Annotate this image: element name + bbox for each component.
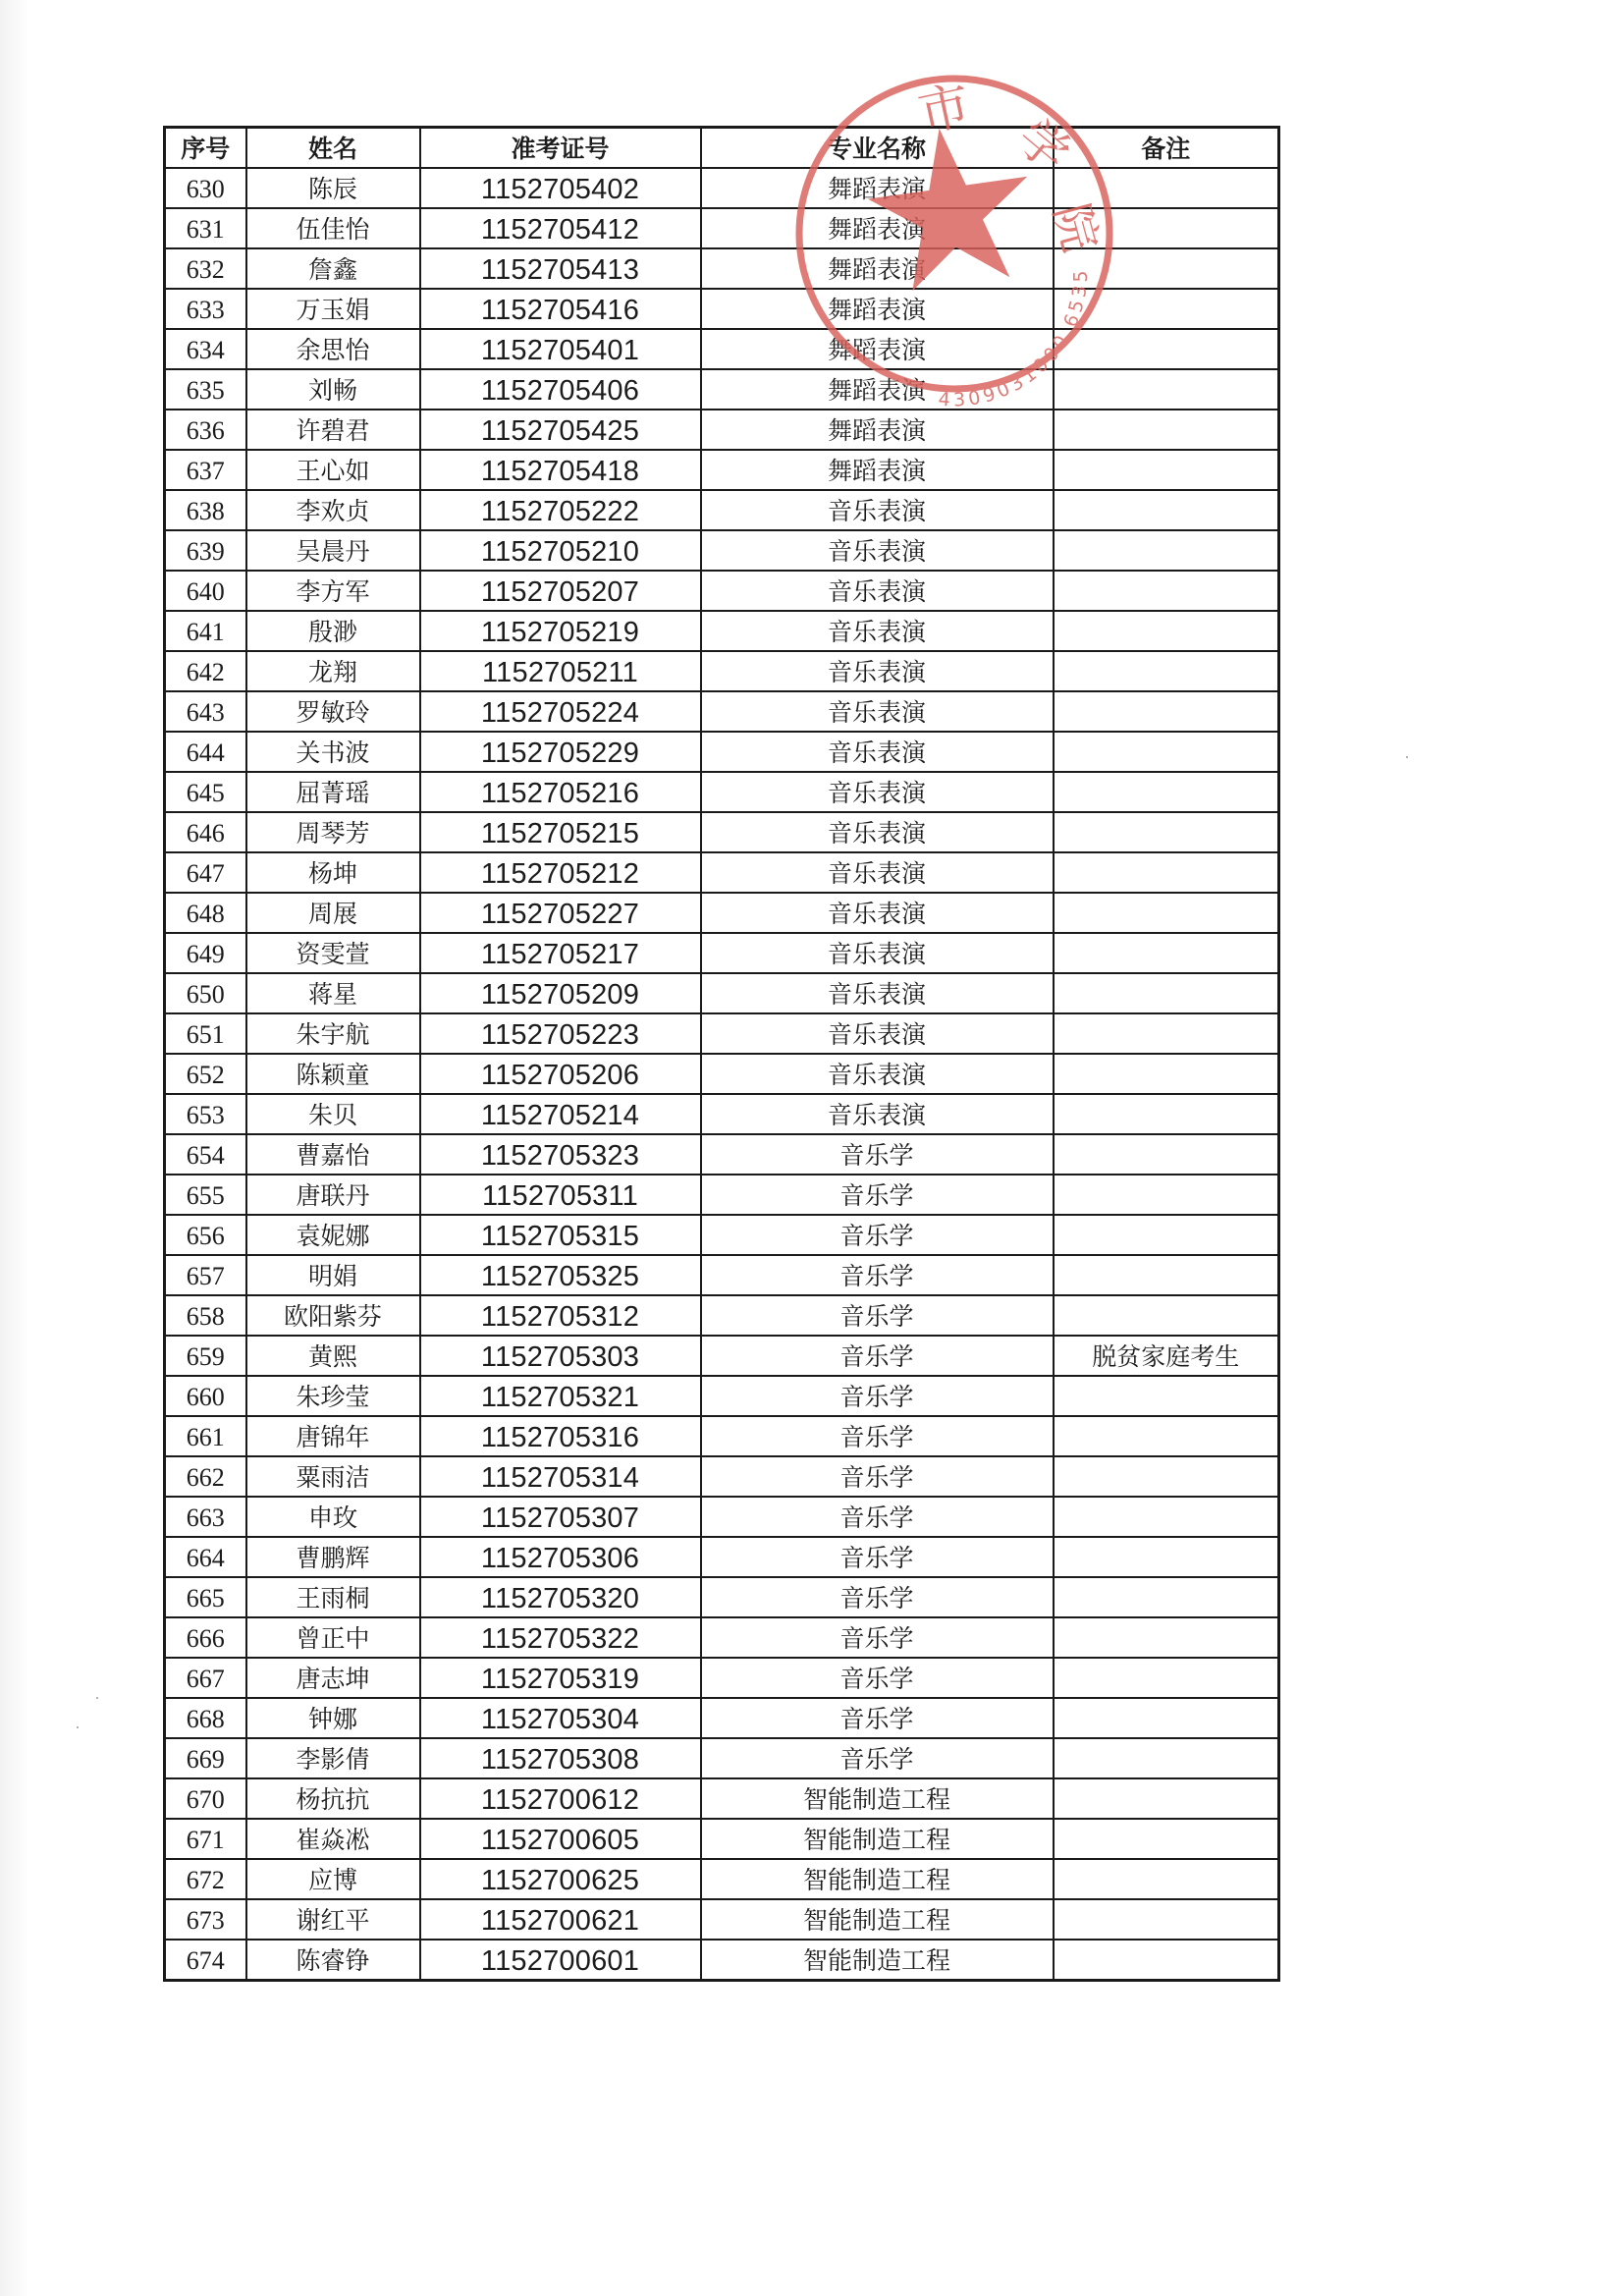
- row-seq: 651: [165, 1013, 246, 1054]
- row-seq: 638: [165, 490, 246, 530]
- row-note: [1054, 1175, 1279, 1215]
- row-name: 应博: [246, 1859, 420, 1899]
- row-major: 舞蹈表演: [701, 208, 1054, 248]
- table-row: 639吴晨丹1152705210音乐表演: [165, 530, 1279, 571]
- admission-roster-table: 序号 姓名 准考证号 专业名称 备注 630陈辰1152705402舞蹈表演63…: [163, 126, 1280, 1982]
- row-name: 陈辰: [246, 168, 420, 208]
- row-seq: 673: [165, 1899, 246, 1940]
- row-major: 音乐学: [701, 1738, 1054, 1778]
- row-major: 音乐学: [701, 1376, 1054, 1416]
- header-seq: 序号: [165, 128, 246, 169]
- row-note: [1054, 973, 1279, 1013]
- row-seq: 674: [165, 1940, 246, 1981]
- row-exam-no: 1152705308: [420, 1738, 701, 1778]
- row-exam-no: 1152705418: [420, 450, 701, 490]
- row-exam-no: 1152700621: [420, 1899, 701, 1940]
- row-seq: 665: [165, 1577, 246, 1617]
- row-name: 朱宇航: [246, 1013, 420, 1054]
- table-row: 665王雨桐1152705320音乐学: [165, 1577, 1279, 1617]
- row-seq: 642: [165, 651, 246, 691]
- table-row: 641殷渺1152705219音乐表演: [165, 611, 1279, 651]
- row-major: 舞蹈表演: [701, 369, 1054, 410]
- row-seq: 658: [165, 1295, 246, 1336]
- row-seq: 635: [165, 369, 246, 410]
- row-exam-no: 1152705210: [420, 530, 701, 571]
- row-name: 王雨桐: [246, 1577, 420, 1617]
- row-major: 舞蹈表演: [701, 450, 1054, 490]
- row-seq: 668: [165, 1698, 246, 1738]
- row-major: 智能制造工程: [701, 1778, 1054, 1819]
- row-name: 袁妮娜: [246, 1215, 420, 1255]
- row-note: [1054, 1940, 1279, 1981]
- table-body: 630陈辰1152705402舞蹈表演631伍佳怡1152705412舞蹈表演6…: [165, 168, 1279, 1981]
- row-name: 吴晨丹: [246, 530, 420, 571]
- row-note: [1054, 1617, 1279, 1658]
- row-exam-no: 1152705306: [420, 1537, 701, 1577]
- row-seq: 644: [165, 732, 246, 772]
- row-seq: 670: [165, 1778, 246, 1819]
- row-exam-no: 1152700601: [420, 1940, 701, 1981]
- row-exam-no: 1152705207: [420, 571, 701, 611]
- row-name: 唐志坤: [246, 1658, 420, 1698]
- table-row: 659黄熙1152705303音乐学脱贫家庭考生: [165, 1336, 1279, 1376]
- row-major: 音乐学: [701, 1416, 1054, 1456]
- row-major: 智能制造工程: [701, 1859, 1054, 1899]
- table-row: 646周琴芳1152705215音乐表演: [165, 812, 1279, 852]
- table-row: 669李影倩1152705308音乐学: [165, 1738, 1279, 1778]
- row-note: [1054, 611, 1279, 651]
- row-major: 音乐表演: [701, 571, 1054, 611]
- row-note: [1054, 208, 1279, 248]
- row-seq: 648: [165, 893, 246, 933]
- row-seq: 645: [165, 772, 246, 812]
- row-exam-no: 1152705212: [420, 852, 701, 893]
- table-row: 654曹嘉怡1152705323音乐学: [165, 1134, 1279, 1175]
- header-name: 姓名: [246, 128, 420, 169]
- row-exam-no: 1152705216: [420, 772, 701, 812]
- row-seq: 639: [165, 530, 246, 571]
- row-exam-no: 1152705303: [420, 1336, 701, 1376]
- table-row: 667唐志坤1152705319音乐学: [165, 1658, 1279, 1698]
- row-major: 音乐学: [701, 1617, 1054, 1658]
- row-name: 明娟: [246, 1255, 420, 1295]
- row-name: 唐锦年: [246, 1416, 420, 1456]
- table-row: 656袁妮娜1152705315音乐学: [165, 1215, 1279, 1255]
- table-row: 632詹鑫1152705413舞蹈表演: [165, 248, 1279, 289]
- row-exam-no: 1152705322: [420, 1617, 701, 1658]
- table-header-row: 序号 姓名 准考证号 专业名称 备注: [165, 128, 1279, 169]
- row-note: [1054, 1899, 1279, 1940]
- table-row: 638李欢贞1152705222音乐表演: [165, 490, 1279, 530]
- row-seq: 649: [165, 933, 246, 973]
- row-seq: 659: [165, 1336, 246, 1376]
- row-major: 音乐学: [701, 1698, 1054, 1738]
- table-row: 630陈辰1152705402舞蹈表演: [165, 168, 1279, 208]
- table-row: 673谢红平1152700621智能制造工程: [165, 1899, 1279, 1940]
- row-exam-no: 1152700625: [420, 1859, 701, 1899]
- row-seq: 641: [165, 611, 246, 651]
- row-name: 陈颖童: [246, 1054, 420, 1094]
- scan-speck: [77, 1726, 79, 1728]
- row-name: 刘畅: [246, 369, 420, 410]
- row-exam-no: 1152705224: [420, 691, 701, 732]
- table-row: 662粟雨洁1152705314音乐学: [165, 1456, 1279, 1497]
- table-row: 645屈菁瑶1152705216音乐表演: [165, 772, 1279, 812]
- row-name: 粟雨洁: [246, 1456, 420, 1497]
- row-exam-no: 1152705323: [420, 1134, 701, 1175]
- row-name: 曹鹏辉: [246, 1537, 420, 1577]
- row-exam-no: 1152705416: [420, 289, 701, 329]
- row-major: 音乐表演: [701, 611, 1054, 651]
- row-note: [1054, 490, 1279, 530]
- row-name: 李欢贞: [246, 490, 420, 530]
- row-note: [1054, 651, 1279, 691]
- row-note: [1054, 450, 1279, 490]
- row-major: 音乐学: [701, 1456, 1054, 1497]
- row-note: [1054, 1134, 1279, 1175]
- table-row: 670杨抗抗1152700612智能制造工程: [165, 1778, 1279, 1819]
- table-row: 655唐联丹1152705311音乐学: [165, 1175, 1279, 1215]
- row-major: 舞蹈表演: [701, 289, 1054, 329]
- row-note: [1054, 1497, 1279, 1537]
- table-row: 635刘畅1152705406舞蹈表演: [165, 369, 1279, 410]
- row-exam-no: 1152705229: [420, 732, 701, 772]
- row-note: [1054, 852, 1279, 893]
- row-seq: 667: [165, 1658, 246, 1698]
- row-major: 音乐表演: [701, 530, 1054, 571]
- row-exam-no: 1152705412: [420, 208, 701, 248]
- row-exam-no: 1152705315: [420, 1215, 701, 1255]
- row-major: 舞蹈表演: [701, 168, 1054, 208]
- row-note: [1054, 1094, 1279, 1134]
- row-major: 音乐表演: [701, 490, 1054, 530]
- row-note: [1054, 1376, 1279, 1416]
- row-major: 音乐学: [701, 1336, 1054, 1376]
- row-name: 钟娜: [246, 1698, 420, 1738]
- row-major: 音乐表演: [701, 852, 1054, 893]
- row-seq: 657: [165, 1255, 246, 1295]
- table-row: 668钟娜1152705304音乐学: [165, 1698, 1279, 1738]
- table-row: 637王心如1152705418舞蹈表演: [165, 450, 1279, 490]
- row-name: 李影倩: [246, 1738, 420, 1778]
- row-name: 李方军: [246, 571, 420, 611]
- row-seq: 631: [165, 208, 246, 248]
- row-name: 杨抗抗: [246, 1778, 420, 1819]
- header-major: 专业名称: [701, 128, 1054, 169]
- row-seq: 666: [165, 1617, 246, 1658]
- row-exam-no: 1152705316: [420, 1416, 701, 1456]
- row-note: [1054, 1698, 1279, 1738]
- row-note: [1054, 732, 1279, 772]
- table-row: 644关书波1152705229音乐表演: [165, 732, 1279, 772]
- row-note: [1054, 1456, 1279, 1497]
- table-row: 657明娟1152705325音乐学: [165, 1255, 1279, 1295]
- row-note: [1054, 1738, 1279, 1778]
- row-seq: 636: [165, 410, 246, 450]
- row-exam-no: 1152705402: [420, 168, 701, 208]
- row-major: 音乐表演: [701, 973, 1054, 1013]
- row-name: 资雯萱: [246, 933, 420, 973]
- header-exam-no: 准考证号: [420, 128, 701, 169]
- row-exam-no: 1152705227: [420, 893, 701, 933]
- row-seq: 630: [165, 168, 246, 208]
- row-seq: 660: [165, 1376, 246, 1416]
- row-name: 余思怡: [246, 329, 420, 369]
- table-row: 633万玉娟1152705416舞蹈表演: [165, 289, 1279, 329]
- row-major: 舞蹈表演: [701, 329, 1054, 369]
- table-row: 649资雯萱1152705217音乐表演: [165, 933, 1279, 973]
- table-row: 634余思怡1152705401舞蹈表演: [165, 329, 1279, 369]
- table-row: 647杨坤1152705212音乐表演: [165, 852, 1279, 893]
- row-exam-no: 1152705217: [420, 933, 701, 973]
- table-row: 650蒋星1152705209音乐表演: [165, 973, 1279, 1013]
- row-seq: 664: [165, 1537, 246, 1577]
- row-exam-no: 1152705325: [420, 1255, 701, 1295]
- row-major: 智能制造工程: [701, 1819, 1054, 1859]
- header-note: 备注: [1054, 128, 1279, 169]
- row-seq: 653: [165, 1094, 246, 1134]
- row-major: 音乐表演: [701, 893, 1054, 933]
- row-note: [1054, 1658, 1279, 1698]
- row-seq: 672: [165, 1859, 246, 1899]
- row-seq: 643: [165, 691, 246, 732]
- row-exam-no: 1152705211: [420, 651, 701, 691]
- row-major: 音乐表演: [701, 732, 1054, 772]
- row-name: 关书波: [246, 732, 420, 772]
- row-name: 谢红平: [246, 1899, 420, 1940]
- table-row: 666曾正中1152705322音乐学: [165, 1617, 1279, 1658]
- row-note: [1054, 812, 1279, 852]
- table-row: 660朱珍莹1152705321音乐学: [165, 1376, 1279, 1416]
- row-major: 音乐学: [701, 1497, 1054, 1537]
- row-name: 朱贝: [246, 1094, 420, 1134]
- row-name: 王心如: [246, 450, 420, 490]
- row-major: 音乐学: [701, 1134, 1054, 1175]
- row-exam-no: 1152705312: [420, 1295, 701, 1336]
- table-row: 658欧阳紫芬1152705312音乐学: [165, 1295, 1279, 1336]
- row-note: [1054, 329, 1279, 369]
- row-seq: 655: [165, 1175, 246, 1215]
- row-major: 音乐表演: [701, 933, 1054, 973]
- row-seq: 652: [165, 1054, 246, 1094]
- row-exam-no: 1152705214: [420, 1094, 701, 1134]
- row-note: [1054, 1054, 1279, 1094]
- row-seq: 656: [165, 1215, 246, 1255]
- row-note: [1054, 289, 1279, 329]
- row-note: [1054, 571, 1279, 611]
- row-note: [1054, 691, 1279, 732]
- table-row: 672应博1152700625智能制造工程: [165, 1859, 1279, 1899]
- row-note: [1054, 1778, 1279, 1819]
- table-row: 651朱宇航1152705223音乐表演: [165, 1013, 1279, 1054]
- row-exam-no: 1152705314: [420, 1456, 701, 1497]
- row-major: 智能制造工程: [701, 1940, 1054, 1981]
- row-major: 音乐学: [701, 1295, 1054, 1336]
- row-seq: 646: [165, 812, 246, 852]
- row-note: [1054, 1255, 1279, 1295]
- table-row: 653朱贝1152705214音乐表演: [165, 1094, 1279, 1134]
- row-major: 音乐表演: [701, 1013, 1054, 1054]
- row-name: 周展: [246, 893, 420, 933]
- row-exam-no: 1152705320: [420, 1577, 701, 1617]
- row-note: [1054, 772, 1279, 812]
- table-row: 661唐锦年1152705316音乐学: [165, 1416, 1279, 1456]
- row-major: 音乐学: [701, 1658, 1054, 1698]
- row-exam-no: 1152705206: [420, 1054, 701, 1094]
- table-row: 642龙翔1152705211音乐表演: [165, 651, 1279, 691]
- row-seq: 671: [165, 1819, 246, 1859]
- row-exam-no: 1152705321: [420, 1376, 701, 1416]
- row-name: 屈菁瑶: [246, 772, 420, 812]
- row-note: [1054, 893, 1279, 933]
- row-exam-no: 1152705311: [420, 1175, 701, 1215]
- row-exam-no: 1152705319: [420, 1658, 701, 1698]
- row-major: 音乐学: [701, 1577, 1054, 1617]
- row-note: [1054, 1577, 1279, 1617]
- row-seq: 647: [165, 852, 246, 893]
- row-note: [1054, 168, 1279, 208]
- row-exam-no: 1152705425: [420, 410, 701, 450]
- row-seq: 632: [165, 248, 246, 289]
- row-major: 音乐表演: [701, 1094, 1054, 1134]
- row-name: 万玉娟: [246, 289, 420, 329]
- row-name: 唐联丹: [246, 1175, 420, 1215]
- row-seq: 634: [165, 329, 246, 369]
- table-row: 671崔焱凇1152700605智能制造工程: [165, 1819, 1279, 1859]
- row-name: 周琴芳: [246, 812, 420, 852]
- row-name: 龙翔: [246, 651, 420, 691]
- table-row: 648周展1152705227音乐表演: [165, 893, 1279, 933]
- row-seq: 661: [165, 1416, 246, 1456]
- table-row: 674陈睿铮1152700601智能制造工程: [165, 1940, 1279, 1981]
- row-note: [1054, 1416, 1279, 1456]
- row-note: [1054, 530, 1279, 571]
- row-exam-no: 1152705401: [420, 329, 701, 369]
- row-exam-no: 1152705406: [420, 369, 701, 410]
- row-seq: 633: [165, 289, 246, 329]
- row-exam-no: 1152700612: [420, 1778, 701, 1819]
- row-note: [1054, 1819, 1279, 1859]
- row-seq: 663: [165, 1497, 246, 1537]
- scan-speck: [96, 1697, 98, 1699]
- table-row: 663申玫1152705307音乐学: [165, 1497, 1279, 1537]
- row-note: [1054, 1295, 1279, 1336]
- row-note: [1054, 369, 1279, 410]
- row-name: 蒋星: [246, 973, 420, 1013]
- row-note: [1054, 1215, 1279, 1255]
- row-name: 朱珍莹: [246, 1376, 420, 1416]
- row-note: [1054, 248, 1279, 289]
- row-name: 陈睿铮: [246, 1940, 420, 1981]
- row-seq: 650: [165, 973, 246, 1013]
- row-name: 罗敏玲: [246, 691, 420, 732]
- row-name: 崔焱凇: [246, 1819, 420, 1859]
- table-row: 636许碧君1152705425舞蹈表演: [165, 410, 1279, 450]
- row-exam-no: 1152705223: [420, 1013, 701, 1054]
- row-seq: 662: [165, 1456, 246, 1497]
- row-major: 舞蹈表演: [701, 410, 1054, 450]
- row-major: 音乐表演: [701, 1054, 1054, 1094]
- row-seq: 669: [165, 1738, 246, 1778]
- row-exam-no: 1152700605: [420, 1819, 701, 1859]
- row-name: 殷渺: [246, 611, 420, 651]
- table-row: 640李方军1152705207音乐表演: [165, 571, 1279, 611]
- row-name: 曹嘉怡: [246, 1134, 420, 1175]
- table-row: 643罗敏玲1152705224音乐表演: [165, 691, 1279, 732]
- row-name: 杨坤: [246, 852, 420, 893]
- row-exam-no: 1152705209: [420, 973, 701, 1013]
- row-seq: 637: [165, 450, 246, 490]
- row-seq: 654: [165, 1134, 246, 1175]
- row-name: 伍佳怡: [246, 208, 420, 248]
- row-name: 申玫: [246, 1497, 420, 1537]
- row-exam-no: 1152705304: [420, 1698, 701, 1738]
- row-major: 音乐学: [701, 1175, 1054, 1215]
- row-exam-no: 1152705222: [420, 490, 701, 530]
- row-note: 脱贫家庭考生: [1054, 1336, 1279, 1376]
- row-exam-no: 1152705215: [420, 812, 701, 852]
- row-note: [1054, 1537, 1279, 1577]
- row-name: 欧阳紫芬: [246, 1295, 420, 1336]
- row-major: 音乐学: [701, 1537, 1054, 1577]
- table-row: 652陈颖童1152705206音乐表演: [165, 1054, 1279, 1094]
- row-name: 许碧君: [246, 410, 420, 450]
- row-note: [1054, 410, 1279, 450]
- row-major: 音乐学: [701, 1215, 1054, 1255]
- row-name: 黄熙: [246, 1336, 420, 1376]
- scan-speck: [1406, 756, 1408, 758]
- row-major: 音乐学: [701, 1255, 1054, 1295]
- row-major: 音乐表演: [701, 651, 1054, 691]
- row-note: [1054, 933, 1279, 973]
- row-major: 智能制造工程: [701, 1899, 1054, 1940]
- table-row: 664曹鹏辉1152705306音乐学: [165, 1537, 1279, 1577]
- row-note: [1054, 1013, 1279, 1054]
- row-exam-no: 1152705413: [420, 248, 701, 289]
- row-major: 舞蹈表演: [701, 248, 1054, 289]
- table-row: 631伍佳怡1152705412舞蹈表演: [165, 208, 1279, 248]
- row-seq: 640: [165, 571, 246, 611]
- row-name: 詹鑫: [246, 248, 420, 289]
- row-major: 音乐表演: [701, 772, 1054, 812]
- row-name: 曾正中: [246, 1617, 420, 1658]
- row-major: 音乐表演: [701, 812, 1054, 852]
- row-exam-no: 1152705219: [420, 611, 701, 651]
- row-note: [1054, 1859, 1279, 1899]
- row-major: 音乐表演: [701, 691, 1054, 732]
- row-exam-no: 1152705307: [420, 1497, 701, 1537]
